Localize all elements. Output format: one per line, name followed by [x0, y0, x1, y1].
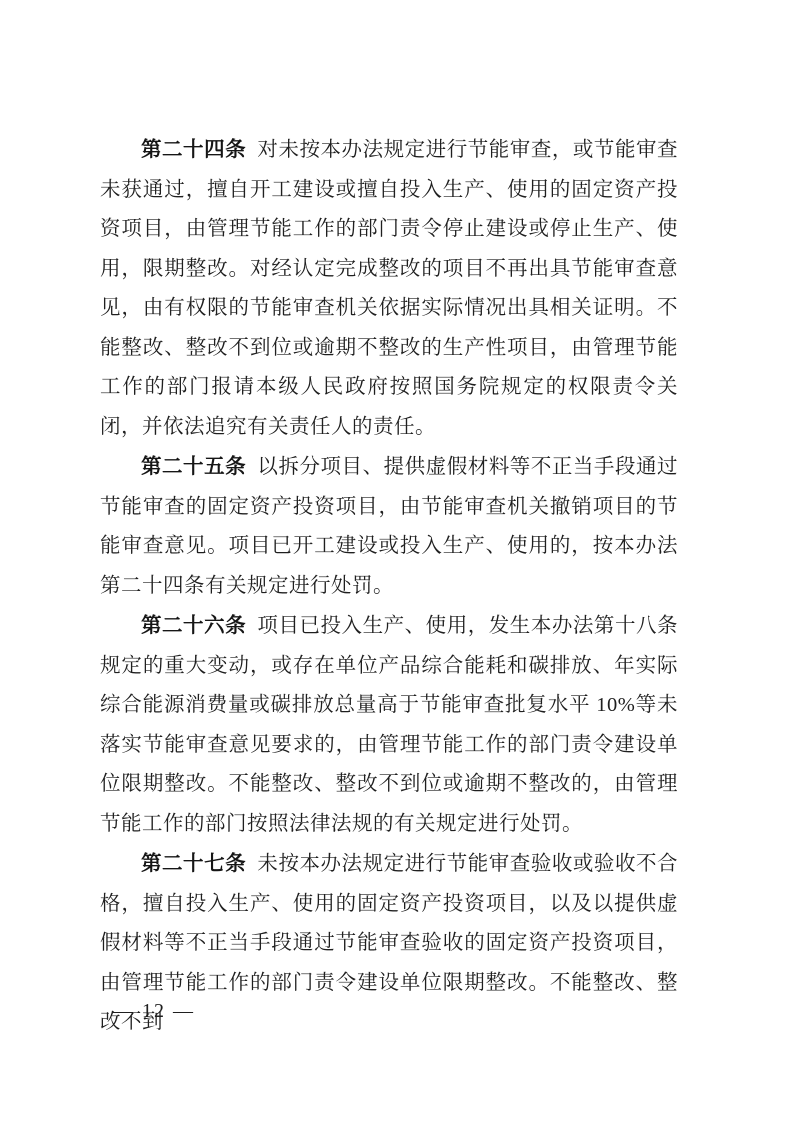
article-number: 第二十六条: [141, 614, 246, 637]
article-paragraph: 第二十五条以拆分项目、提供虚假材料等不正当手段通过节能审查的固定资产投资项目，由…: [100, 447, 678, 606]
article-paragraph: 第二十六条项目已投入生产、使用，发生本办法第十八条规定的重大变动，或存在单位产品…: [100, 606, 678, 844]
article-number: 第二十四条: [141, 138, 246, 161]
article-number: 第二十五条: [141, 455, 246, 478]
document-page: 第二十四条对未按本办法规定进行节能审查，或节能审查未获通过，擅自开工建设或擅自投…: [0, 0, 794, 1123]
document-body: 第二十四条对未按本办法规定进行节能审查，或节能审查未获通过，擅自开工建设或擅自投…: [100, 130, 678, 1043]
article-text: 项目已投入生产、使用，发生本办法第十八条规定的重大变动，或存在单位产品综合能耗和…: [100, 615, 678, 835]
article-paragraph: 第二十四条对未按本办法规定进行节能审查，或节能审查未获通过，擅自开工建设或擅自投…: [100, 130, 678, 447]
page-number: — 12 —: [113, 998, 195, 1024]
article-text: 对未按本办法规定进行节能审查，或节能审查未获通过，擅自开工建设或擅自投入生产、使…: [100, 139, 678, 438]
article-number: 第二十七条: [141, 852, 246, 875]
